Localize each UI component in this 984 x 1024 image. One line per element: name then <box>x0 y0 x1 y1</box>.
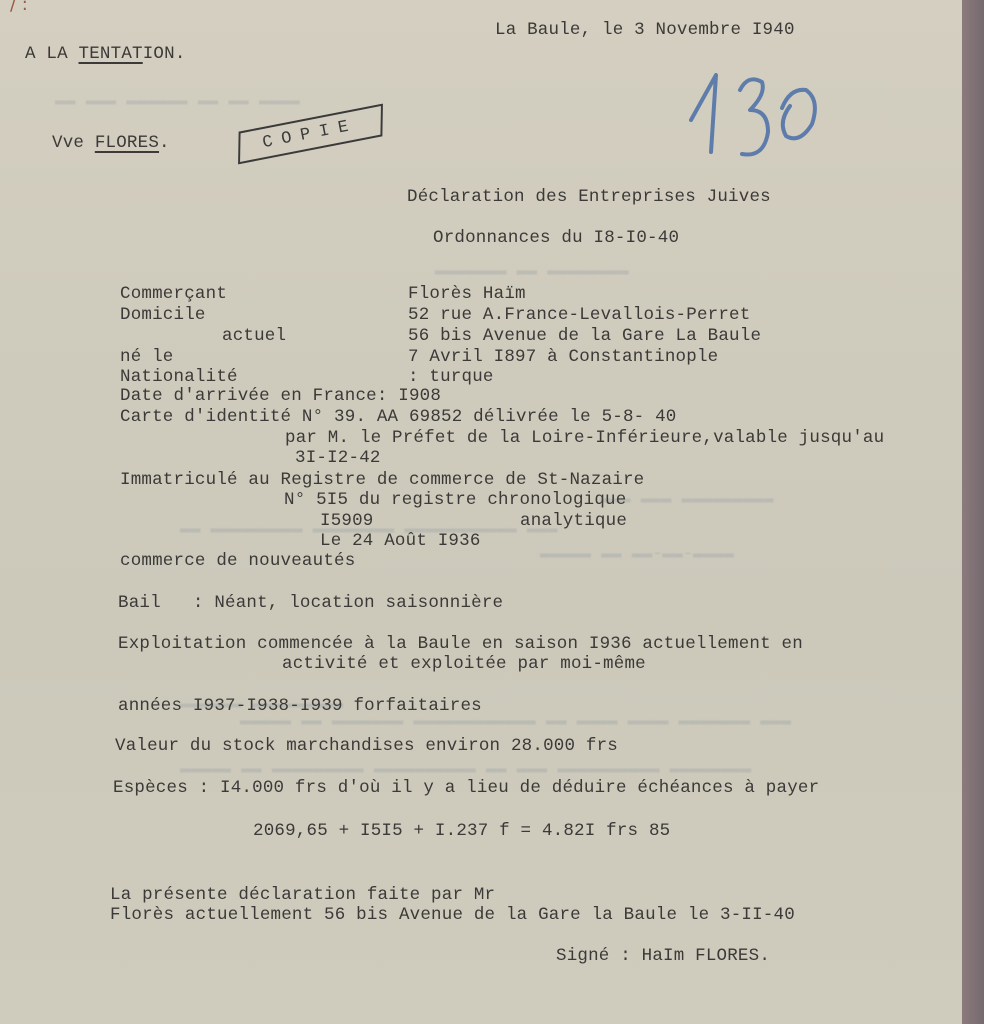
declaration-title: Déclaration des Entreprises Juives <box>407 187 771 207</box>
field-value-domicile: 52 rue A.France-Levallois-Perret <box>408 305 750 325</box>
calculation-line: 2069,65 + I5I5 + I.237 f = 4.82I frs 85 <box>253 821 670 841</box>
page-edge-shadow <box>962 0 984 1024</box>
show-through-text: ▬▬ ▬▬▬ ▬▬▬▬▬▬ ▬▬ ▬▬ ▬▬▬▬ <box>55 92 300 112</box>
field-label-ne-le: né le <box>120 347 174 367</box>
registry-line-3a: I5909 <box>320 511 374 531</box>
cash-line: Espèces : I4.000 frs d'où il y a lieu de… <box>113 778 819 798</box>
field-label-commercant: Commerçant <box>120 284 227 304</box>
addressee: Vve FLORES. <box>52 133 170 153</box>
registry-line-1: Immatriculé au Registre de commerce de S… <box>120 470 644 490</box>
operation-line-2: activité et exploitée par moi-même <box>282 654 646 674</box>
show-through-text: ▬▬▬▬▬▬▬ ▬▬ ▬▬▬▬▬▬▬▬ <box>435 262 629 282</box>
registry-line-2: N° 5I5 du registre chronologique <box>284 490 626 510</box>
arrival-date: Date d'arrivée en France: I908 <box>120 386 441 406</box>
stock-value: Valeur du stock marchandises environ 28.… <box>115 736 618 756</box>
trade-type: commerce de nouveautés <box>120 551 355 571</box>
shop-name: A LA TENTATION. <box>25 44 186 64</box>
margin-pencil-mark: / : <box>10 0 28 15</box>
signature: Signé : HaIm FLORES. <box>556 946 770 966</box>
declaration-subtitle: Ordonnances du I8-I0-40 <box>433 228 679 248</box>
lease-line: Bail : Néant, location saisonnière <box>118 593 503 613</box>
field-label-nationalite: Nationalité <box>120 367 238 387</box>
registry-line-3b: analytique <box>520 511 627 531</box>
show-through-text: ▬▬▬▬▬ ▬▬ ▬▬▬▬▬▬▬▬▬ ▬▬▬▬▬▬▬▬▬▬ ▬▬ ▬▬▬ ▬▬▬… <box>180 760 751 780</box>
years-line: années I937-I938-I939 forfaitaires <box>118 696 482 716</box>
field-value-actuel: 56 bis Avenue de la Gare La Baule <box>408 326 761 346</box>
show-through-text: ▬▬▬▬▬ ▬▬ ▬▬-▬▬-▬▬▬▬ <box>540 545 734 565</box>
id-card-line-3: 3I-I2-42 <box>295 448 381 468</box>
closing-line-1: La présente déclaration faite par Mr <box>110 885 495 905</box>
field-label-domicile: Domicile <box>120 305 206 325</box>
registry-line-4: Le 24 Août I936 <box>320 531 481 551</box>
date-line: La Baule, le 3 Novembre I940 <box>495 20 795 40</box>
field-label-actuel: actuel <box>222 326 286 346</box>
field-value-ne-le: 7 Avril I897 à Constantinople <box>408 347 718 367</box>
closing-line-2: Florès actuellement 56 bis Avenue de la … <box>110 905 795 925</box>
field-value-nationalite: : turque <box>408 367 494 387</box>
id-card-line-2: par M. le Préfet de la Loire-Inférieure,… <box>285 428 884 448</box>
id-card-line-1: Carte d'identité N° 39. AA 69852 délivré… <box>120 407 677 427</box>
field-value-commercant: Florès Haїm <box>408 284 526 304</box>
operation-line-1: Exploitation commencée à la Baule en sai… <box>118 634 803 654</box>
handwritten-number-130 <box>686 60 836 170</box>
